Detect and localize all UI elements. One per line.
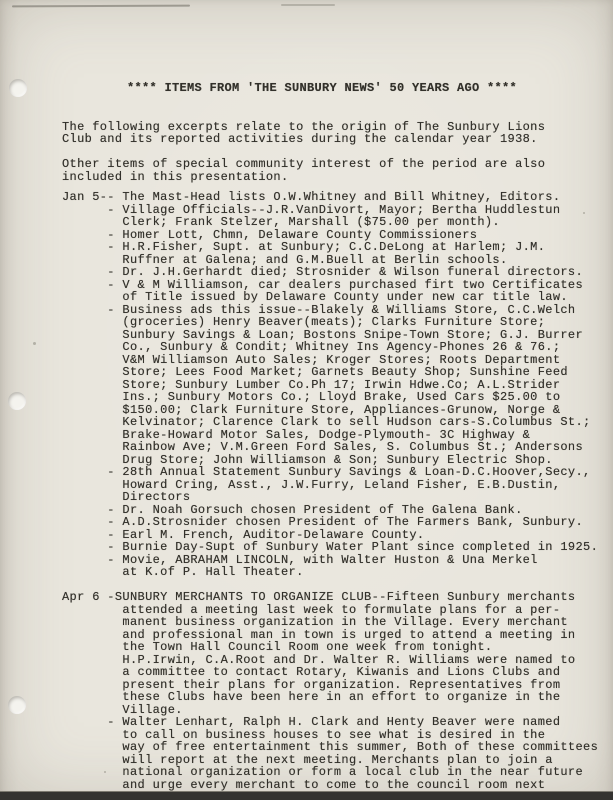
text-line: - A.D.Strosnider chosen President of The… bbox=[62, 516, 607, 529]
text-line: a committee to contact Rotary, Kiwanis a… bbox=[62, 666, 607, 679]
intro-paragraph-2: Other items of special community interes… bbox=[62, 158, 607, 183]
text-line: Rainbow Ave; V.M.Green Ford Sales, S. Co… bbox=[62, 441, 607, 454]
text-line: the Town Hall Council Room one week from… bbox=[62, 641, 607, 654]
text-line: Jan 5-- The Mast-Head lists O.W.Whitney … bbox=[62, 191, 607, 204]
text-line: national organization or form a local cl… bbox=[62, 766, 607, 779]
document-content: **** ITEMS FROM 'THE SUNBURY NEWS' 50 YE… bbox=[62, 82, 607, 791]
text-line: - Dr. J.H.Gerhardt died; Strosnider & Wi… bbox=[62, 266, 607, 279]
punch-hole-middle bbox=[8, 392, 26, 410]
text-line: Apr 6 -SUNBURY MERCHANTS TO ORGANIZE CLU… bbox=[62, 591, 607, 604]
scan-bottom-edge bbox=[0, 791, 613, 800]
text-line: Store; Lees Food Market; Garnets Beauty … bbox=[62, 366, 607, 379]
text-line: Other items of special community interes… bbox=[62, 158, 607, 171]
text-line: - 28th Annual Statement Sunbury Savings … bbox=[62, 466, 607, 479]
scan-speck bbox=[33, 342, 36, 345]
scanned-typewritten-page: **** ITEMS FROM 'THE SUNBURY NEWS' 50 YE… bbox=[0, 0, 613, 800]
text-line: Co., Sunbury & Condit; Whitney Ins Agenc… bbox=[62, 341, 607, 354]
scan-artifact-top-line bbox=[12, 5, 190, 8]
text-line: manent business organization in the Vill… bbox=[62, 616, 607, 629]
entry-apr-6: Apr 6 -SUNBURY MERCHANTS TO ORGANIZE CLU… bbox=[62, 591, 607, 791]
text-line: included in this presentation. bbox=[62, 171, 607, 184]
text-line: Ins.; Sunbury Motors Co.; Lloyd Brake, U… bbox=[62, 391, 607, 404]
text-line: - Burnie Day-Supt of Sunbury Water Plant… bbox=[62, 541, 607, 554]
text-line: these Clubs have been here in an effort … bbox=[62, 691, 607, 704]
scan-artifact-top-dash bbox=[281, 4, 335, 6]
text-line: - H.R.Fisher, Supt. at Sunbury; C.C.DeLo… bbox=[62, 241, 607, 254]
text-line: Clerk; Frank Stelzer, Marshall ($75.00 p… bbox=[62, 216, 607, 229]
text-line: way of free entertainment this summer, B… bbox=[62, 741, 607, 754]
intro-paragraph-1: The following excerpts relate to the ori… bbox=[62, 121, 607, 146]
page-title: **** ITEMS FROM 'THE SUNBURY NEWS' 50 YE… bbox=[62, 82, 607, 95]
text-line: (groceries) Henry Beaver(meats); Clarks … bbox=[62, 316, 607, 329]
text-line: Directors bbox=[62, 491, 607, 504]
text-line: of Title issued by Delaware County under… bbox=[62, 291, 607, 304]
entry-jan-5: Jan 5-- The Mast-Head lists O.W.Whitney … bbox=[62, 191, 607, 579]
text-line: Kelvinator; Clarence Clark to sell Hudso… bbox=[62, 416, 607, 429]
punch-hole-bottom bbox=[8, 696, 26, 714]
text-line: and urge every merchant to come to the c… bbox=[62, 779, 607, 792]
text-line: Club and its reported activities during … bbox=[62, 133, 607, 146]
text-line: - Walter Lenhart, Ralph H. Clark and Hen… bbox=[62, 716, 607, 729]
punch-hole-top bbox=[9, 79, 27, 97]
text-line: at K.of P. Hall Theater. bbox=[62, 566, 607, 579]
